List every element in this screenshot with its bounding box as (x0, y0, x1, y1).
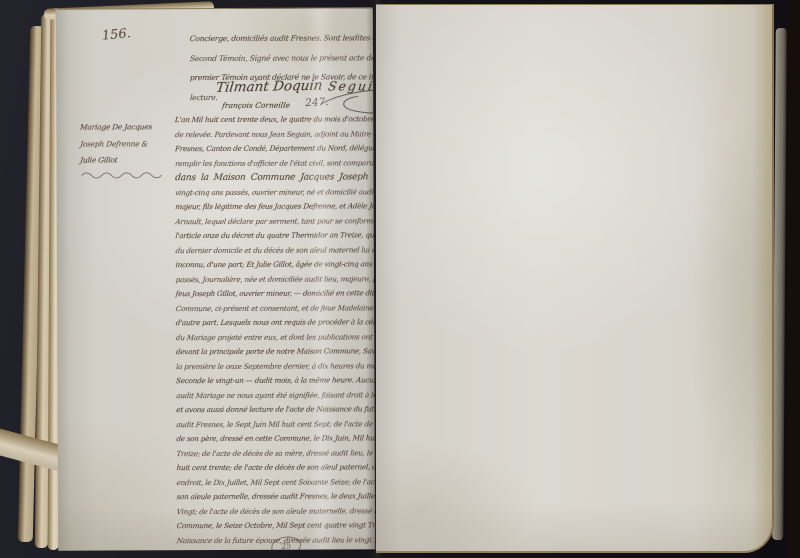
handwritten-line: devant la principale porte de notre Mais… (175, 344, 375, 360)
handwritten-line: Arnault, lequel déclare par serment, tan… (175, 214, 375, 230)
book-cover-edge (788, 0, 800, 558)
handwritten-line: huit cent trente; de l'acte de décès de … (176, 460, 375, 476)
handwritten-line: de relevée. Pardevant nous Jean Seguin, … (174, 127, 375, 143)
handwritten-line: Commune, ci-présent et consentant, et de… (175, 301, 375, 317)
handwritten-line: audit Mariage ne nous ayant été signifié… (176, 388, 376, 404)
signature-francois-corneille: françois Corneille (222, 101, 291, 110)
handwritten-line: remplir les fonctions d'officier de l'ét… (175, 156, 376, 172)
handwritten-line: inconnu, d'une part; Et Julie Gillot, âg… (175, 257, 375, 273)
act-number-247: 247. (305, 96, 329, 109)
handwritten-line: Joseph Defrenne & (79, 136, 176, 153)
signature-tilmant-doquin: Tilmant Doquin (215, 78, 323, 96)
handwritten-line: Treize; de l'acte de décès de sa mère, d… (176, 446, 375, 462)
handwritten-line: majeur, fils légitime des feus Jacques D… (175, 199, 375, 215)
left-page: 156. Concierge, domiciliés audit Fresnes… (56, 7, 375, 550)
handwritten-line: l'article onze du décret du quatre Therm… (175, 228, 375, 244)
marriage-act-body: L'an Mil huit cent trente deux, le quatr… (174, 112, 375, 548)
handwritten-line: Vingt; de l'acte de décès de son aïeule … (176, 504, 375, 520)
registry-book-photo: 156. Concierge, domiciliés audit Fresnes… (0, 0, 800, 558)
margin-note-lines: Mariage De JacquesJoseph Defrenne &Julie… (79, 119, 175, 169)
underline-flourish-icon (80, 170, 168, 179)
handwritten-line: Julie Gillot (80, 152, 177, 169)
right-page: 157. Sept; de l'acte de décès de sa mère… (376, 4, 774, 553)
handwritten-line: vingt-cinq ans passés, ouvrier mineur, n… (175, 185, 376, 201)
handwritten-line: dans la Maison Commune Jacques Joseph De… (175, 170, 376, 186)
handwritten-line: et avons aussi donné lecture de l'acte d… (176, 402, 376, 418)
handwritten-line: Seconde le vingt-un — dudit mois, à la m… (175, 373, 375, 389)
handwritten-line: du Mariage projeté entre eux, et dont le… (175, 330, 375, 346)
handwritten-line: la première le onze Septembre dernier, à… (175, 359, 375, 375)
handwritten-line: son aïeule paternelle, dressée audit Fre… (176, 489, 375, 505)
handwritten-line: passés, Journalière, née et domiciliée a… (175, 272, 375, 288)
handwritten-line: Fresnes, Canton de Condé, Département du… (174, 141, 375, 157)
handwritten-line: feus Joseph Gillot, ouvrier mineur, — do… (175, 286, 375, 302)
handwritten-line: Second Témoin, Signé avec nous le présen… (189, 48, 375, 69)
handwritten-line: Commune, le Seize Octobre, Mil Sept cent… (176, 518, 375, 534)
page-number-left: 156. (101, 26, 131, 44)
handwritten-line: du dernier domicile et du décès de son a… (175, 243, 375, 259)
margin-note-marriage: Mariage De JacquesJoseph Defrenne &Julie… (79, 119, 175, 179)
handwritten-line: Mariage De Jacques (79, 119, 176, 136)
handwritten-line: d'autre part. Lesquels nous ont requis d… (175, 315, 375, 331)
handwritten-line: L'an Mil huit cent trente deux, le quatr… (174, 112, 375, 128)
handwritten-line: Concierge, domiciliés audit Fresnes. Son… (189, 28, 375, 49)
handwritten-line: de son père, dressé en cette Commune, le… (176, 431, 375, 447)
handwritten-line: endroit, le Dix Juillet, Mil Sept cent S… (176, 475, 375, 491)
under-page-edge (772, 28, 787, 540)
handwritten-line: audit Fresnes, le Sept Juin Mil huit cen… (176, 417, 376, 433)
